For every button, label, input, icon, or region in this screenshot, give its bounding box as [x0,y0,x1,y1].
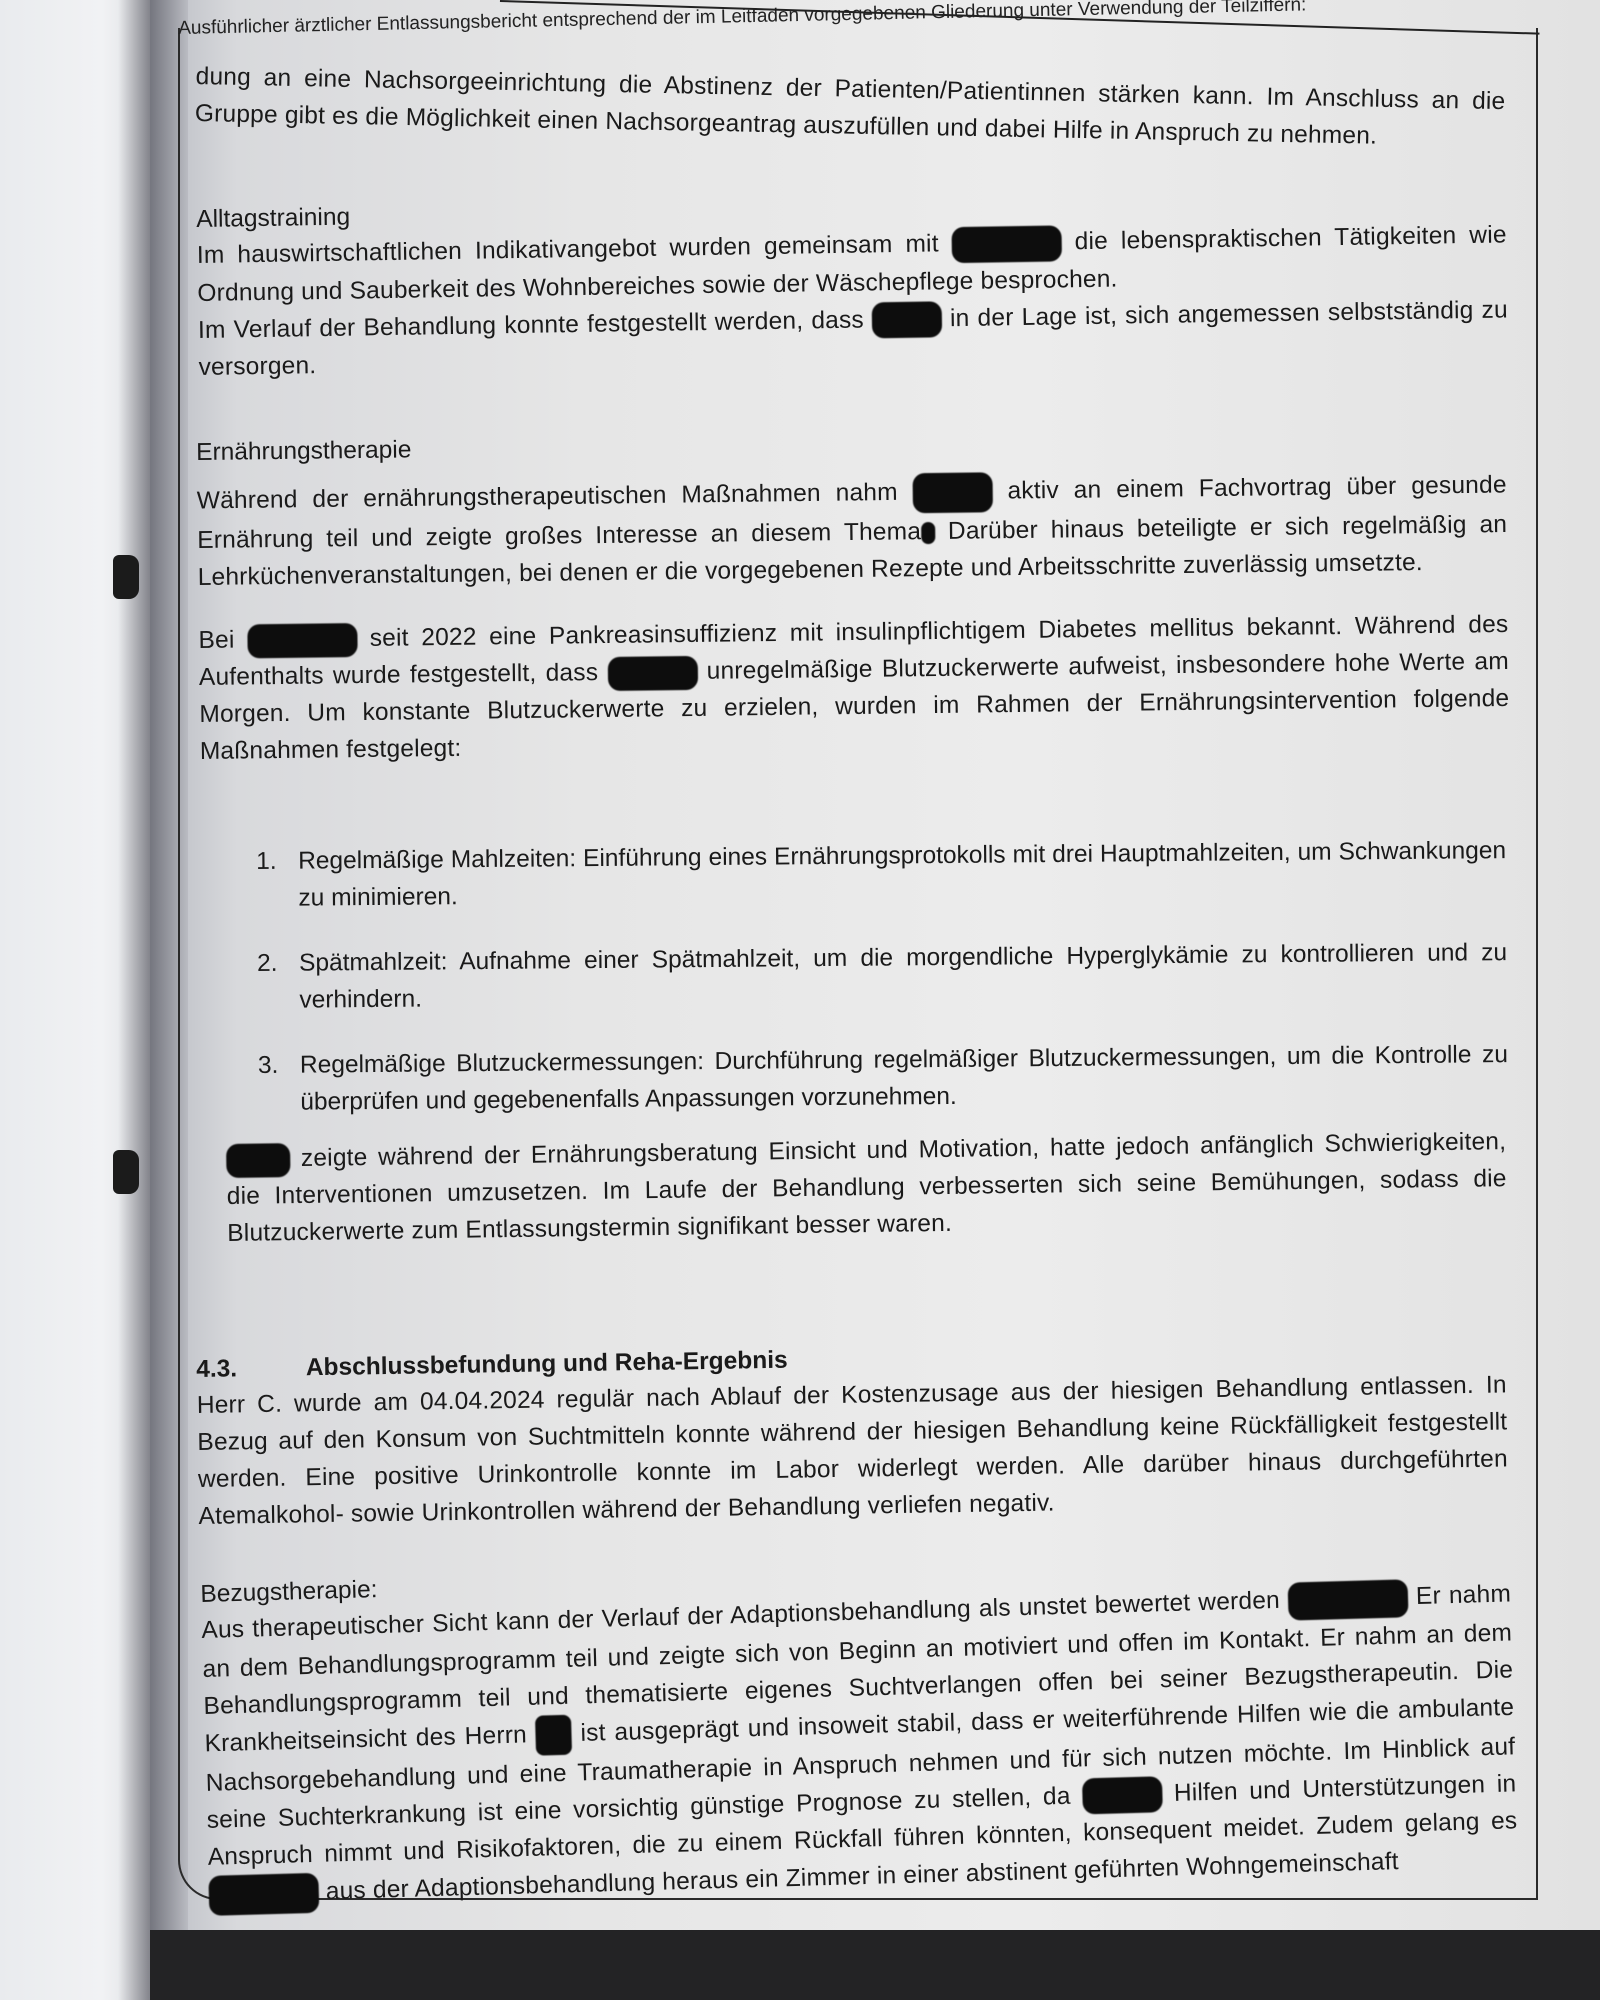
redaction-mark [208,1873,319,1916]
redaction-mark [872,301,943,338]
binding-clip-icon [113,555,139,599]
measures-list: 1. Regelmäßige Mahlzeiten: Einführung ei… [256,832,1508,1121]
paragraph: Im hauswirtschaftlichen Indikativangebot… [197,216,1509,386]
binding-clip-icon [113,1150,139,1194]
table-surface [150,1930,1600,2000]
paragraph: Bei seit 2022 eine Pankreasinsuffizienz … [198,606,1510,770]
redaction-mark [535,1714,572,1755]
redaction-mark [951,225,1062,263]
redaction-mark [1287,1579,1408,1620]
paragraph: Herr C. wurde am 04.04.2024 regulär nach… [197,1366,1509,1535]
list-item: 2. Spätmahlzeit: Aufnahme einer Spätmahl… [257,934,1508,1019]
redaction-mark [607,655,697,690]
section-4-3: 4.3. Abschlussbefundung und Reha-Ergebni… [196,1332,1509,1535]
list-item: 3. Regelmäßige Blutzuckermessungen: Durc… [258,1036,1509,1121]
section-ernaehrungstherapie: Ernährungstherapie Während der ernährung… [196,420,1510,770]
paragraph: Während der ernährungstherapeutischen Ma… [197,466,1508,596]
redaction-mark [226,1143,290,1178]
list-item: 1. Regelmäßige Mahlzeiten: Einführung ei… [256,832,1507,917]
redaction-mark [921,522,935,544]
paragraph: Aus therapeutischer Sicht kann der Verla… [201,1575,1519,1916]
redaction-mark [1082,1776,1163,1814]
paragraph: zeigte während der Ernährungsberatung Ei… [226,1123,1507,1252]
section-alltagstraining: Alltagstraining Im hauswirtschaftlichen … [196,182,1509,386]
redaction-mark [247,623,357,658]
section-bezugstherapie: Bezugstherapie: Aus therapeutischer Sich… [200,1541,1519,1916]
redaction-mark [912,472,992,513]
